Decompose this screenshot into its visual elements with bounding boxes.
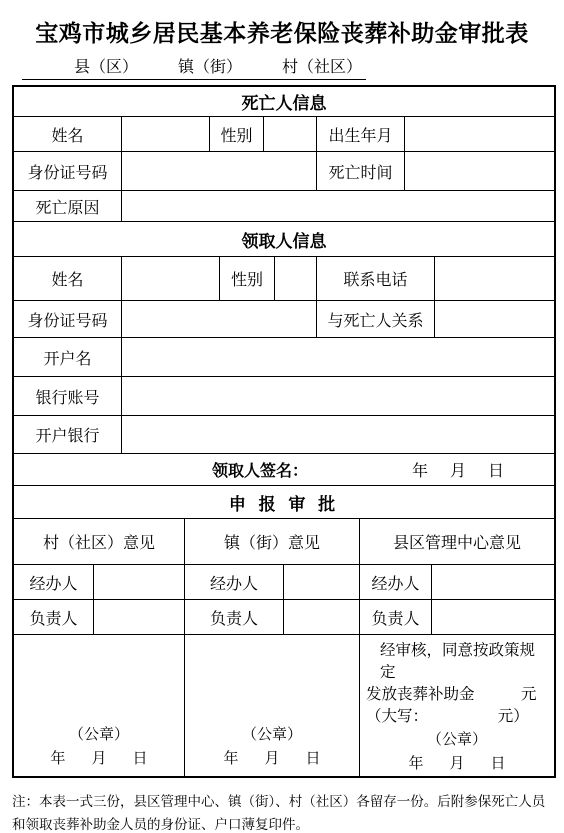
table-row: 身份证号码 死亡时间 — [14, 152, 554, 191]
date-day-label: 日 — [488, 458, 504, 481]
county-audit-line2: 发放丧葬补助金 元 — [366, 684, 548, 706]
footer-note-line1: 注：本表一式三份，县区管理中心、镇（街）、村（社区）各留存一份。后附参保死亡人员 — [12, 790, 564, 813]
deceased-id-label: 身份证号码 — [14, 152, 122, 190]
village-manager-field[interactable] — [94, 600, 185, 634]
approval-form-table: 死亡人信息 姓名 性别 出生年月 身份证号码 死亡时间 死亡原因 领取人信息 姓… — [12, 85, 556, 778]
recipient-account-name-label: 开户名 — [14, 338, 122, 376]
town-manager-label: 负责人 — [185, 600, 284, 634]
recipient-account-name-field[interactable] — [122, 338, 554, 376]
deceased-death-time-field[interactable] — [405, 152, 554, 190]
county-audit-cell[interactable]: 经审核，同意按政策规定 发放丧葬补助金 元 （大写： 元） （公章） 年 月 日 — [360, 635, 554, 776]
county-audit-line3: （大写： 元） — [366, 706, 548, 728]
county-audit-line1: 经审核，同意按政策规定 — [366, 640, 548, 684]
town-manager-field[interactable] — [284, 600, 360, 634]
deceased-gender-label: 性别 — [210, 117, 264, 151]
deceased-section-header: 死亡人信息 — [14, 87, 554, 116]
table-row: 姓名 性别 联系电话 — [14, 257, 554, 301]
town-handler-field[interactable] — [284, 565, 360, 599]
recipient-name-field[interactable] — [122, 257, 220, 300]
table-row: 负责人 负责人 负责人 — [14, 600, 554, 635]
footer-note-line2: 和领取丧葬补助金人员的身份证、户口薄复印件。 — [12, 813, 564, 833]
date-day-label: 日 — [491, 752, 506, 773]
village-seal-label: （公章） — [69, 723, 129, 744]
date-year-label: 年 — [408, 752, 423, 773]
deceased-gender-field[interactable] — [264, 117, 317, 151]
county-manager-field[interactable] — [432, 600, 554, 634]
approval-section-header: 申 报 审 批 — [14, 486, 554, 518]
recipient-id-label: 身份证号码 — [14, 301, 122, 337]
recipient-bank-name-label: 开户银行 — [14, 416, 122, 453]
deceased-birth-label: 出生年月 — [317, 117, 405, 151]
recipient-relation-label: 与死亡人关系 — [317, 301, 435, 337]
recipient-bank-name-field[interactable] — [122, 416, 554, 453]
table-row: 身份证号码 与死亡人关系 — [14, 301, 554, 338]
table-row: 村（社区）意见 镇（街）意见 县区管理中心意见 — [14, 519, 554, 565]
county-seal-label: （公章） — [427, 728, 487, 749]
recipient-phone-field[interactable] — [435, 257, 554, 300]
recipient-relation-field[interactable] — [435, 301, 554, 337]
footer-note: 注：本表一式三份，县区管理中心、镇（街）、村（社区）各留存一份。后附参保死亡人员… — [12, 790, 564, 833]
village-seal-cell[interactable]: （公章） 年 月 日 — [14, 635, 185, 776]
recipient-signature-date: 年 月 日 — [412, 458, 504, 481]
recipient-section-header: 领取人信息 — [14, 222, 554, 256]
date-year-label: 年 — [223, 747, 238, 768]
town-handler-label: 经办人 — [185, 565, 284, 599]
county-handler-label: 经办人 — [360, 565, 432, 599]
village-seal-date: 年 月 日 — [50, 747, 147, 768]
date-day-label: 日 — [133, 747, 148, 768]
village-handler-field[interactable] — [94, 565, 185, 599]
county-handler-field[interactable] — [432, 565, 554, 599]
date-month-label: 月 — [91, 747, 106, 768]
table-row: （公章） 年 月 日 （公章） 年 月 日 经审核，同意按政策规定 发放丧葬补助… — [14, 635, 554, 776]
region-line: 县（区） 镇（街） 村（社区） — [22, 58, 564, 80]
date-year-label: 年 — [412, 458, 428, 481]
date-day-label: 日 — [306, 747, 321, 768]
table-row: 开户银行 — [14, 416, 554, 454]
village-handler-label: 经办人 — [14, 565, 94, 599]
date-month-label: 月 — [264, 747, 279, 768]
deceased-birth-field[interactable] — [405, 117, 554, 151]
deceased-name-field[interactable] — [122, 117, 210, 151]
table-row: 领取人签名： 年 月 日 — [14, 454, 554, 486]
recipient-signature-label: 领取人签名： — [212, 458, 308, 481]
deceased-name-label: 姓名 — [14, 117, 122, 151]
recipient-signature-row[interactable]: 领取人签名： 年 月 日 — [14, 454, 554, 485]
recipient-phone-label: 联系电话 — [317, 257, 435, 300]
recipient-bank-account-field[interactable] — [122, 377, 554, 415]
date-year-label: 年 — [50, 747, 65, 768]
recipient-gender-field[interactable] — [275, 257, 317, 300]
page-title: 宝鸡市城乡居民基本养老保险丧葬补助金审批表 — [0, 18, 564, 48]
town-opinion-label: 镇（街）意见 — [185, 519, 360, 564]
date-month-label: 月 — [449, 752, 464, 773]
recipient-id-field[interactable] — [122, 301, 317, 337]
table-row: 开户名 — [14, 338, 554, 377]
table-row: 领取人信息 — [14, 222, 554, 257]
table-row: 经办人 经办人 经办人 — [14, 565, 554, 600]
date-month-label: 月 — [450, 458, 466, 481]
deceased-death-time-label: 死亡时间 — [317, 152, 405, 190]
table-row: 死亡原因 — [14, 191, 554, 222]
village-opinion-label: 村（社区）意见 — [14, 519, 185, 564]
table-row: 银行账号 — [14, 377, 554, 416]
county-opinion-label: 县区管理中心意见 — [360, 519, 554, 564]
deceased-death-cause-label: 死亡原因 — [14, 191, 122, 221]
deceased-id-field[interactable] — [122, 152, 317, 190]
county-seal-block: （公章） 年 月 日 — [366, 728, 548, 773]
deceased-death-cause-field[interactable] — [122, 191, 554, 221]
county-seal-date: 年 月 日 — [408, 752, 505, 773]
table-row: 死亡人信息 — [14, 87, 554, 117]
county-audit-text: 经审核，同意按政策规定 发放丧葬补助金 元 （大写： 元） — [366, 640, 548, 728]
town-seal-cell[interactable]: （公章） 年 月 日 — [185, 635, 360, 776]
recipient-name-label: 姓名 — [14, 257, 122, 300]
table-row: 姓名 性别 出生年月 — [14, 117, 554, 152]
town-seal-date: 年 月 日 — [223, 747, 320, 768]
village-manager-label: 负责人 — [14, 600, 94, 634]
recipient-gender-label: 性别 — [220, 257, 275, 300]
recipient-bank-account-label: 银行账号 — [14, 377, 122, 415]
region-line-text: 县（区） 镇（街） 村（社区） — [22, 58, 366, 80]
town-seal-label: （公章） — [242, 723, 302, 744]
table-row: 申 报 审 批 — [14, 486, 554, 519]
county-manager-label: 负责人 — [360, 600, 432, 634]
